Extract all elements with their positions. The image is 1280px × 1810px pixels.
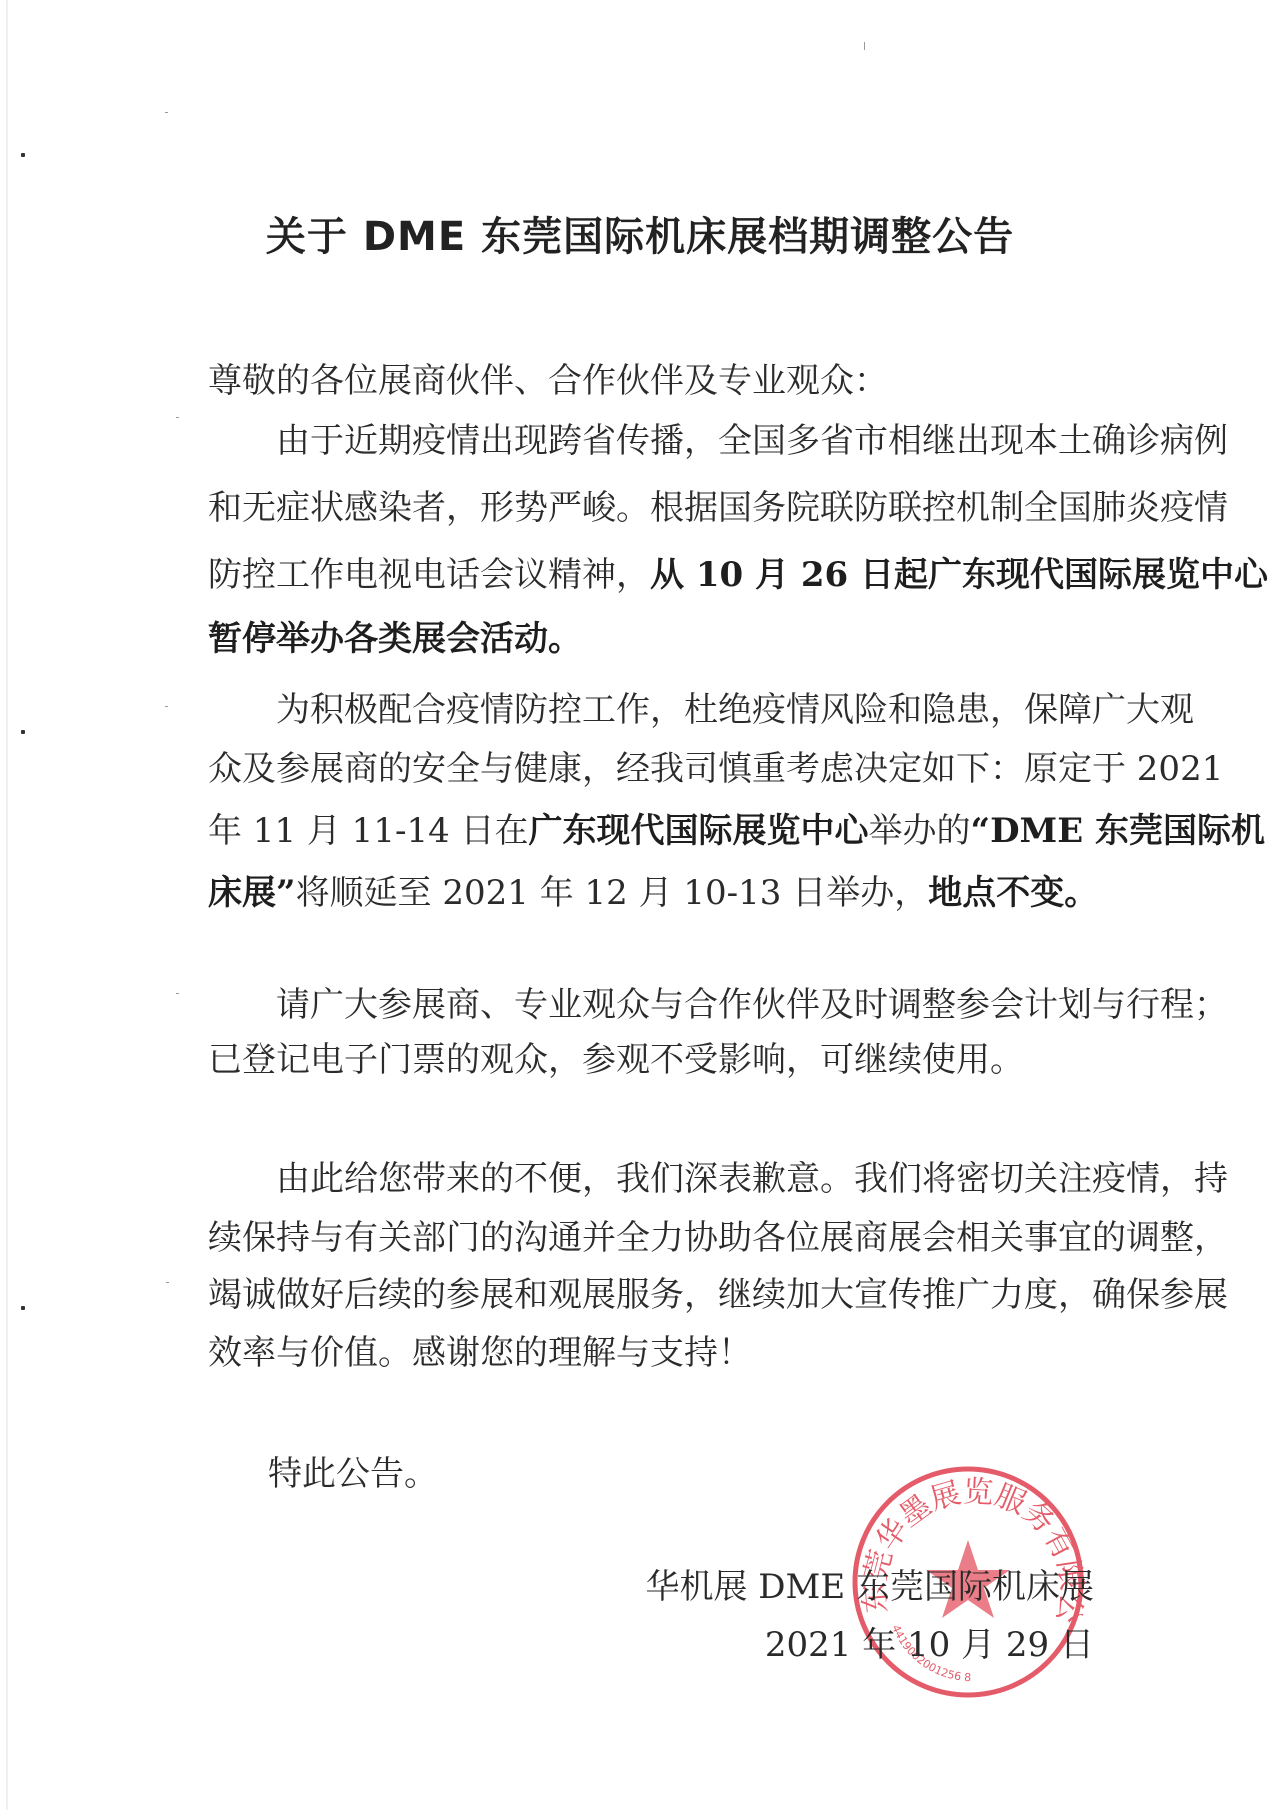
scan-speck bbox=[165, 706, 168, 707]
signature-organization: 华机展 DME 东莞国际机床展 bbox=[645, 1559, 1094, 1615]
paragraph-1-line: 由于近期疫情出现跨省传播，全国多省市相继出现本土确诊病例 bbox=[276, 413, 1095, 469]
body-text: 防控工作电视电话会议精神， bbox=[208, 555, 650, 595]
emphasis-text: 从 10 月 26 日起广东现代国际展览中心 bbox=[650, 555, 1268, 595]
paragraph-4-line: 竭诚做好后续的参展和观展服务，继续加大宣传推广力度，确保参展 bbox=[208, 1267, 1095, 1323]
paragraph-1-line: 防控工作电视电话会议精神，从 10 月 26 日起广东现代国际展览中心 bbox=[208, 547, 1095, 603]
binding-mark bbox=[21, 1306, 25, 1310]
paragraph-2-line: 床展”将顺延至 2021 年 12 月 10-13 日举办，地点不变。 bbox=[208, 865, 1095, 921]
signature-date: 2021 年 10 月 29 日 bbox=[765, 1617, 1094, 1673]
body-text: 续保持与有关部门的沟通并全力协助各位展商展会相关事宜的调整， bbox=[208, 1218, 1228, 1258]
body-text: 和无症状感染者，形势严峻。根据国务院联防联控机制全国肺炎疫情 bbox=[208, 488, 1228, 528]
paragraph-2-line: 为积极配合疫情防控工作，杜绝疫情风险和隐患，保障广大观 bbox=[276, 682, 1095, 738]
emphasis-text: “DME 东莞国际机 bbox=[971, 811, 1265, 851]
body-text: 将顺延至 2021 年 12 月 10-13 日举办， bbox=[296, 873, 929, 913]
paragraph-4-line: 效率与价值。感谢您的理解与支持！ bbox=[208, 1325, 1095, 1381]
body-text: 举办的 bbox=[869, 811, 971, 851]
paragraph-1-line: 和无症状感染者，形势严峻。根据国务院联防联控机制全国肺炎疫情 bbox=[208, 480, 1095, 536]
scan-speck bbox=[864, 42, 865, 50]
body-text: 已登记电子门票的观众，参观不受影响，可继续使用。 bbox=[208, 1040, 1024, 1080]
paragraph-1-line: 暂停举办各类展会活动。 bbox=[208, 611, 1095, 667]
body-text: 效率与价值。感谢您的理解与支持！ bbox=[208, 1333, 752, 1373]
emphasis-text: 广东现代国际展览中心 bbox=[529, 811, 869, 851]
binding-mark bbox=[21, 153, 25, 157]
scan-speck bbox=[166, 1282, 169, 1283]
body-text: 由此给您带来的不便，我们深表歉意。我们将密切关注疫情，持 bbox=[276, 1159, 1228, 1199]
body-text: 年 11 月 11-14 日在 bbox=[208, 811, 529, 851]
body-text: 竭诚做好后续的参展和观展服务，继续加大宣传推广力度，确保参展 bbox=[208, 1275, 1228, 1315]
paragraph-4-line: 由此给您带来的不便，我们深表歉意。我们将密切关注疫情，持 bbox=[276, 1151, 1095, 1207]
scan-edge bbox=[6, 0, 8, 1810]
scan-speck bbox=[176, 417, 179, 418]
paragraph-2-line: 众及参展商的安全与健康，经我司慎重考虑决定如下：原定于 2021 bbox=[208, 741, 1095, 797]
document-title: 关于 DME 东莞国际机床展档期调整公告 bbox=[0, 210, 1280, 264]
body-text: 为积极配合疫情防控工作，杜绝疫情风险和隐患，保障广大观 bbox=[276, 690, 1194, 730]
body-text: 请广大参展商、专业观众与合作伙伴及时调整参会计划与行程； bbox=[276, 985, 1228, 1025]
emphasis-text: 暂停举办各类展会活动。 bbox=[208, 619, 582, 659]
emphasis-text: 床展” bbox=[208, 873, 296, 913]
paragraph-2-line: 年 11 月 11-14 日在广东现代国际展览中心举办的“DME 东莞国际机 bbox=[208, 803, 1095, 859]
body-text: 由于近期疫情出现跨省传播，全国多省市相继出现本土确诊病例 bbox=[276, 421, 1228, 461]
emphasis-text: 地点不变。 bbox=[928, 873, 1098, 913]
scan-speck bbox=[176, 993, 179, 994]
closing-line: 特此公告。 bbox=[268, 1446, 438, 1502]
paragraph-3-line: 已登记电子门票的观众，参观不受影响，可继续使用。 bbox=[208, 1032, 1095, 1088]
scan-speck bbox=[165, 112, 168, 113]
paragraph-3-line: 请广大参展商、专业观众与合作伙伴及时调整参会计划与行程； bbox=[276, 977, 1095, 1033]
paragraph-4-line: 续保持与有关部门的沟通并全力协助各位展商展会相关事宜的调整， bbox=[208, 1210, 1095, 1266]
binding-mark bbox=[21, 730, 25, 734]
greeting: 尊敬的各位展商伙伴、合作伙伴及专业观众： bbox=[208, 353, 1095, 409]
body-text: 众及参展商的安全与健康，经我司慎重考虑决定如下：原定于 2021 bbox=[208, 749, 1223, 789]
